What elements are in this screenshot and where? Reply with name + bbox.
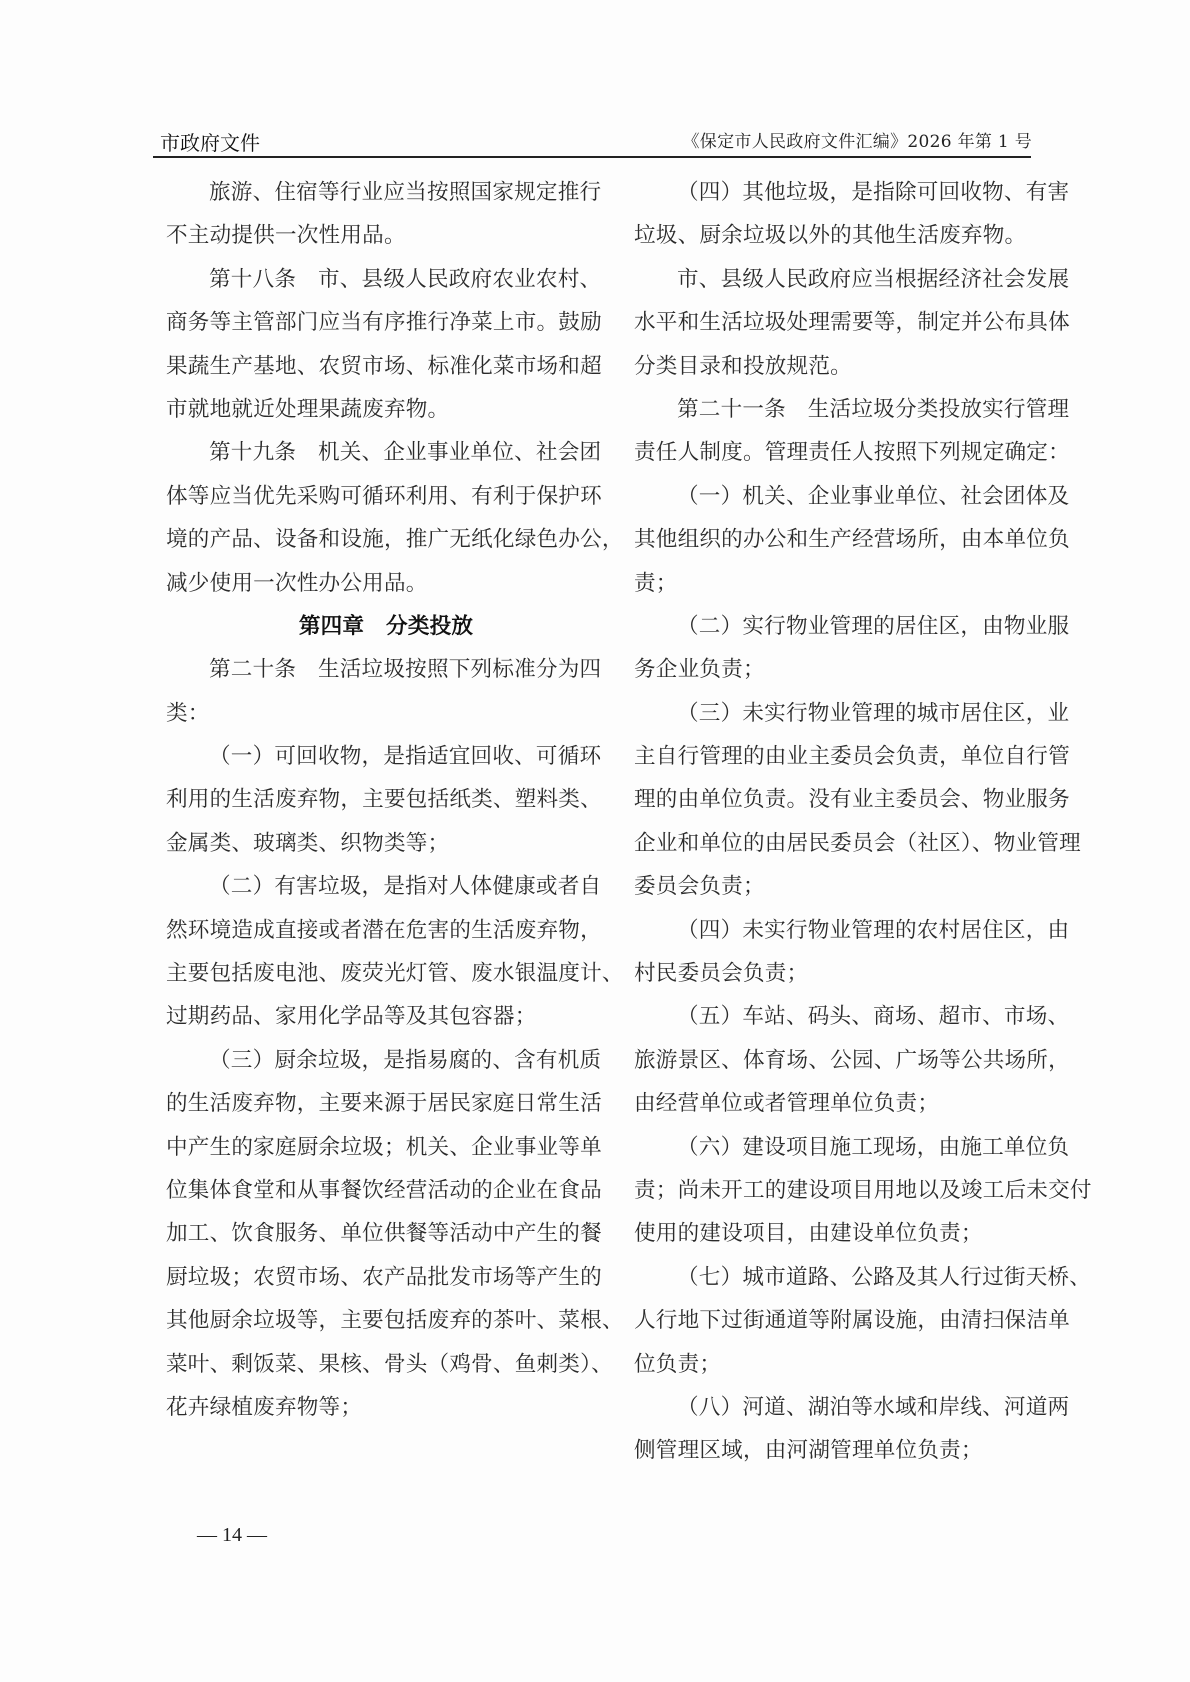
text-line: （六）建设项目施工现场，由施工单位负 [634, 1126, 1064, 1169]
text-line: 务企业负责； [634, 648, 1064, 691]
right-column: （四）其他垃圾，是指除可回收物、有害垃圾、厨余垃圾以外的其他生活废弃物。市、县级… [634, 171, 1064, 1473]
text-line: 旅游景区、体育场、公园、广场等公共场所， [634, 1039, 1064, 1082]
text-line: 责； [634, 562, 1064, 605]
text-line: 其他厨余垃圾等，主要包括废弃的茶叶、菜根、 [166, 1299, 596, 1342]
text-line: 厨垃圾；农贸市场、农产品批发市场等产生的 [166, 1256, 596, 1299]
text-line: 责；尚未开工的建设项目用地以及竣工后未交付 [634, 1169, 1064, 1212]
text-line: 主自行管理的由业主委员会负责，单位自行管 [634, 735, 1064, 778]
text-line: 其他组织的办公和生产经营场所，由本单位负 [634, 518, 1064, 561]
text-line: 果蔬生产基地、农贸市场、标准化菜市场和超 [166, 345, 596, 388]
text-line: 垃圾、厨余垃圾以外的其他生活废弃物。 [634, 214, 1064, 257]
text-line: （三）厨余垃圾，是指易腐的、含有机质 [166, 1039, 596, 1082]
text-line: 村民委员会负责； [634, 952, 1064, 995]
header-rule [153, 156, 1031, 158]
page-number: — 14 — [197, 1524, 267, 1547]
running-header-left: 市政府文件 [160, 127, 260, 156]
text-line: 类： [166, 692, 596, 735]
text-line: 侧管理区域，由河湖管理单位负责； [634, 1429, 1064, 1472]
text-line: 企业和单位的由居民委员会（社区）、物业管理 [634, 822, 1064, 865]
text-line: 分类目录和投放规范。 [634, 345, 1064, 388]
text-line: 体等应当优先采购可循环利用、有利于保护环 [166, 475, 596, 518]
text-line: （五）车站、码头、商场、超市、市场、 [634, 995, 1064, 1038]
chapter-heading: 第四章 分类投放 [166, 605, 596, 648]
text-line: 不主动提供一次性用品。 [166, 214, 596, 257]
text-line: 然环境造成直接或者潜在危害的生活废弃物， [166, 909, 596, 952]
text-line: 第十八条 市、县级人民政府农业农村、 [166, 258, 596, 301]
text-line: 利用的生活废弃物，主要包括纸类、塑料类、 [166, 778, 596, 821]
text-line: （八）河道、湖泊等水域和岸线、河道两 [634, 1386, 1064, 1429]
text-line: （一）机关、企业事业单位、社会团体及 [634, 475, 1064, 518]
text-line: 责任人制度。管理责任人按照下列规定确定： [634, 431, 1064, 474]
text-line: 菜叶、剩饭菜、果核、骨头（鸡骨、鱼刺类）、 [166, 1343, 596, 1386]
text-line: （四）未实行物业管理的农村居住区，由 [634, 909, 1064, 952]
text-line: 委员会负责； [634, 865, 1064, 908]
text-line: （二）有害垃圾，是指对人体健康或者自 [166, 865, 596, 908]
text-line: （二）实行物业管理的居住区，由物业服 [634, 605, 1064, 648]
text-line: 市就地就近处理果蔬废弃物。 [166, 388, 596, 431]
left-column: 旅游、住宿等行业应当按照国家规定推行不主动提供一次性用品。第十八条 市、县级人民… [166, 171, 596, 1429]
text-line: 位集体食堂和从事餐饮经营活动的企业在食品 [166, 1169, 596, 1212]
text-line: 人行地下过街通道等附属设施，由清扫保洁单 [634, 1299, 1064, 1342]
text-line: 商务等主管部门应当有序推行净菜上市。鼓励 [166, 301, 596, 344]
text-line: （三）未实行物业管理的城市居住区，业 [634, 692, 1064, 735]
text-line: 金属类、玻璃类、织物类等； [166, 822, 596, 865]
text-line: 加工、饮食服务、单位供餐等活动中产生的餐 [166, 1212, 596, 1255]
text-line: 由经营单位或者管理单位负责； [634, 1082, 1064, 1125]
text-line: 过期药品、家用化学品等及其包容器； [166, 995, 596, 1038]
text-line: 水平和生活垃圾处理需要等，制定并公布具体 [634, 301, 1064, 344]
text-line: （一）可回收物，是指适宜回收、可循环 [166, 735, 596, 778]
text-line: 使用的建设项目，由建设单位负责； [634, 1212, 1064, 1255]
text-line: 位负责； [634, 1343, 1064, 1386]
text-line: 花卉绿植废弃物等； [166, 1386, 596, 1429]
text-line: 第二十一条 生活垃圾分类投放实行管理 [634, 388, 1064, 431]
text-line: 市、县级人民政府应当根据经济社会发展 [634, 258, 1064, 301]
text-line: 中产生的家庭厨余垃圾；机关、企业事业等单 [166, 1126, 596, 1169]
text-line: 第二十条 生活垃圾按照下列标准分为四 [166, 648, 596, 691]
text-line: 减少使用一次性办公用品。 [166, 562, 596, 605]
text-line: 第十九条 机关、企业事业单位、社会团 [166, 431, 596, 474]
text-line: 境的产品、设备和设施，推广无纸化绿色办公， [166, 518, 596, 561]
text-line: 的生活废弃物，主要来源于居民家庭日常生活 [166, 1082, 596, 1125]
text-line: （四）其他垃圾，是指除可回收物、有害 [634, 171, 1064, 214]
text-line: 主要包括废电池、废荧光灯管、废水银温度计、 [166, 952, 596, 995]
text-line: （七）城市道路、公路及其人行过街天桥、 [634, 1256, 1064, 1299]
text-line: 旅游、住宿等行业应当按照国家规定推行 [166, 171, 596, 214]
text-line: 理的由单位负责。没有业主委员会、物业服务 [634, 778, 1064, 821]
running-header-right: 《保定市人民政府文件汇编》2026 年第 1 号 [683, 127, 1033, 152]
